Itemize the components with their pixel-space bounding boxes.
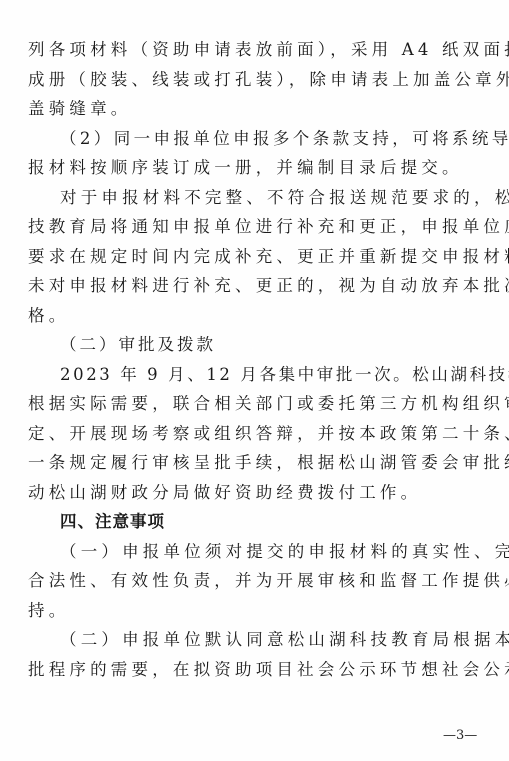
body-text-line: 持。 (28, 601, 470, 621)
page-number: —3— (443, 728, 477, 743)
notes-item-2-text: （二）申报单位默认同意松山湖科技教育局根据本政策审 (60, 630, 470, 650)
body-text-line: 报材料按顺序装订成一册，并编制目录后提交。 (28, 158, 470, 178)
body-text-line: 一条规定履行审核呈批手续，根据松山湖管委会审批结果，联 (28, 453, 470, 473)
paragraph-approval-schedule: 2023 年 9 月、12 月各集中审批一次。松山湖科技教育局可 (60, 365, 470, 385)
body-text-line: 成册（胶装、线装或打孔装），除申请表上加盖公章外，整册加 (28, 70, 470, 90)
section-heading-notes: 四、注意事项 (60, 512, 470, 532)
body-text-line: 根据实际需要，联合相关部门或委托第三方机构组织审核或评 (28, 394, 470, 414)
body-text-line: 定、开展现场考察或组织答辩，并按本政策第二十条、第二十 (28, 424, 470, 444)
body-text-line: 格。 (28, 306, 470, 326)
list-item-2-text: （2）同一申报单位申报多个条款支持，可将系统导出的申 (60, 129, 470, 149)
body-text-line: 合法性、有效性负责，并为开展审核和监督工作提供必要的支 (28, 571, 470, 591)
notes-item-1-text: （一）申报单位须对提交的申报材料的真实性、完整性、 (60, 542, 470, 562)
body-text-line: 动松山湖财政分局做好资助经费拨付工作。 (28, 483, 470, 503)
body-text-line: 要求在规定时间内完成补充、更正并重新提交申报材料，逾期 (28, 247, 470, 267)
paragraph-incomplete-materials: 对于申报材料不完整、不符合报送规范要求的，松山湖科 (60, 188, 470, 208)
body-text-line: 批程序的需要，在拟资助项目社会公示环节想社会公示其申报 (28, 660, 470, 680)
subsection-heading-approval: （二）审批及拨款 (60, 335, 470, 355)
body-text-line: 未对申报材料进行补充、更正的，视为自动放弃本批次申报资 (28, 276, 470, 296)
body-text-line: 列各项材料（资助申请表放前面），采用 A4 纸双面打印并装订 (28, 40, 470, 60)
body-text-line: 盖骑缝章。 (28, 99, 470, 119)
document-page: 列各项材料（资助申请表放前面），采用 A4 纸双面打印并装订 成册（胶装、线装或… (0, 0, 509, 761)
body-text-line: 技教育局将通知申报单位进行补充和更正，申报单位应按通知 (28, 217, 470, 237)
